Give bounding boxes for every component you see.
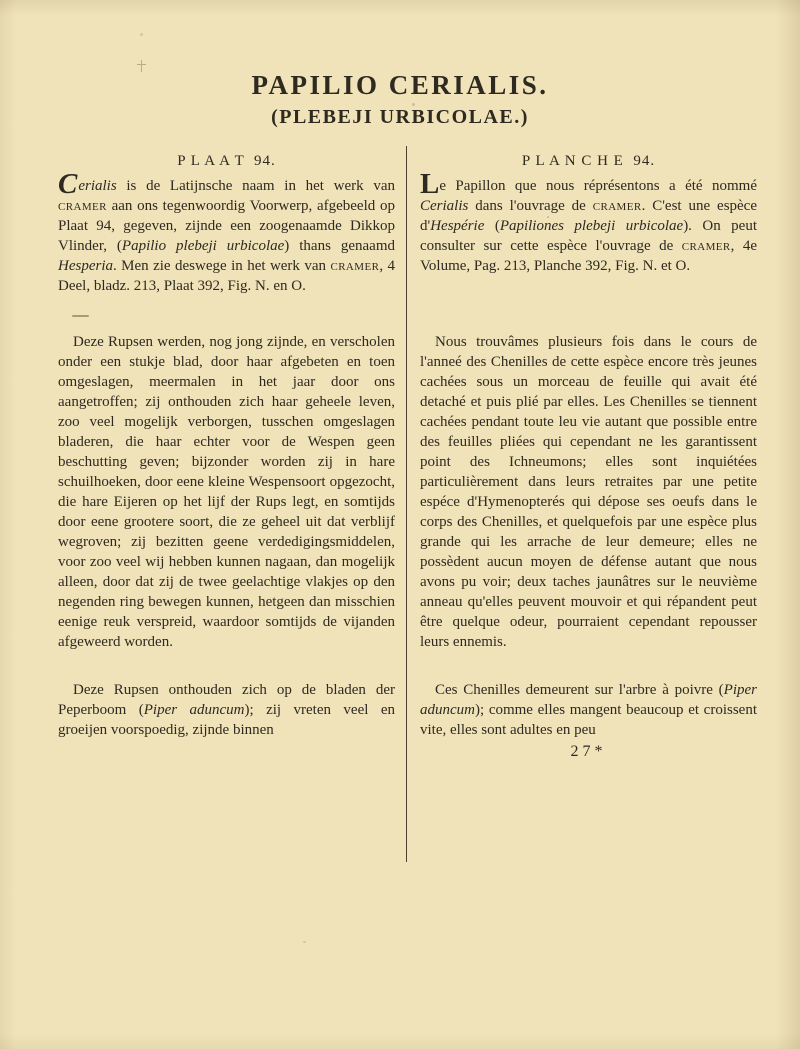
paper-speck	[303, 941, 306, 943]
scanned-book-page: PAPILIO CERIALIS. (PLEBEJI URBICOLAE.) P…	[0, 0, 800, 1049]
column-divider	[406, 146, 407, 862]
paper-speck	[547, 216, 549, 218]
dutch-column: P L A A T 94. Cerialis is de Latijnsche …	[58, 150, 395, 740]
french-paragraph-1: Le Papillon que nous réprésentons a été …	[420, 176, 757, 276]
title-block: PAPILIO CERIALIS. (PLEBEJI URBICOLAE.)	[0, 70, 800, 129]
page-title: PAPILIO CERIALIS.	[0, 70, 800, 101]
french-dropcap: L	[420, 168, 439, 200]
page-number: 27	[571, 743, 595, 760]
footnote-star: *	[595, 743, 607, 760]
french-paragraph-3: Ces Chenilles demeurent sur l'arbre à po…	[420, 680, 757, 740]
french-paragraph-1-text: e Papillon que nous réprésentons a été n…	[420, 178, 757, 274]
dutch-dropcap: C	[58, 168, 78, 200]
dutch-paragraph-1-text: erialis is de Latijnsche naam in het wer…	[58, 178, 395, 294]
french-paragraph-2: Nous trouvâmes plusieurs fois dans le co…	[420, 332, 757, 652]
smudge-mark	[137, 60, 146, 72]
page-number-footer: 27*	[420, 742, 757, 762]
dutch-paragraph-3: Deze Rupsen onthouden zich op de bladen …	[58, 680, 395, 740]
dutch-paragraph-2: Deze Rupsen werden, nog jong zijnde, en …	[58, 332, 395, 652]
paper-speck	[412, 103, 415, 106]
page-subtitle: (PLEBEJI URBICOLAE.)	[0, 106, 800, 129]
paper-speck	[140, 33, 143, 36]
planche-heading: P L A N C H E 94.	[420, 150, 757, 172]
dutch-paragraph-1: Cerialis is de Latijnsche naam in het we…	[58, 176, 395, 296]
plaat-heading: P L A A T 94.	[58, 150, 395, 172]
printers-dash	[72, 315, 89, 317]
paper-speck	[689, 398, 691, 400]
french-column: P L A N C H E 94. Le Papillon que nous r…	[420, 150, 757, 762]
